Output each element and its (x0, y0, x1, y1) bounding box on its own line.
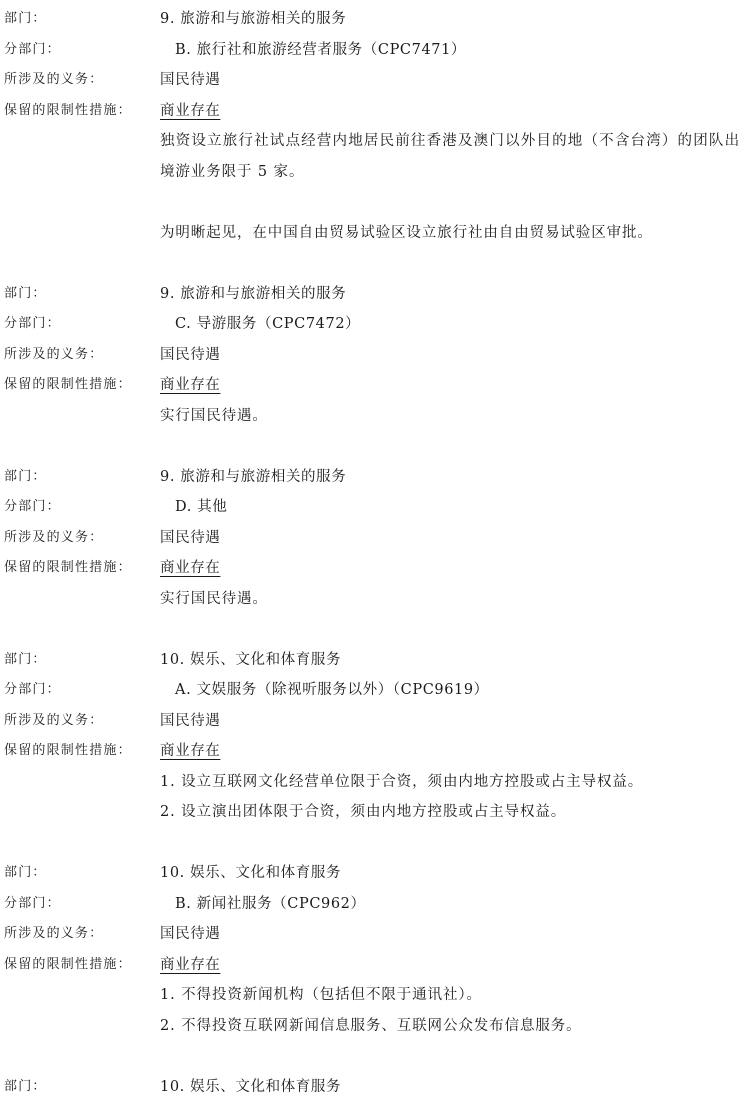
entry-news-agency: 部门： 10. 娱乐、文化和体育服务 分部门： B. 新闻社服务（CPC962）… (0, 858, 744, 1041)
subsector-value: C. 导游服务（CPC7472） (175, 309, 360, 340)
measure-paragraph: 1. 不得投资新闻机构（包括但不限于通讯社）。 (160, 980, 740, 1011)
entry-divider-space (0, 828, 744, 859)
entry-travel-agency: 部门： 9. 旅游和与旅游相关的服务 分部门： B. 旅行社和旅游经营者服务（C… (0, 0, 744, 248)
sector-value: 9. 旅游和与旅游相关的服务 (160, 279, 346, 310)
obligations-value: 国民待遇 (160, 919, 220, 950)
obligations-row: 所涉及的义务： 国民待遇 (0, 706, 744, 737)
mode-of-supply: 商业存在 (160, 950, 220, 981)
measure-paragraph: 为明晰起见，在中国自由贸易试验区设立旅行社由自由贸易试验区审批。 (160, 218, 740, 249)
obligations-label: 所涉及的义务： (4, 523, 103, 554)
measures-label: 保留的限制性措施： (4, 553, 132, 584)
sector-label: 部门： (4, 1072, 47, 1103)
mode-of-supply: 商业存在 (160, 553, 220, 584)
measure-paragraph: 实行国民待遇。 (160, 584, 740, 615)
obligations-label: 所涉及的义务： (4, 340, 103, 371)
obligations-value: 国民待遇 (160, 65, 220, 96)
measure-paragraph: 实行国民待遇。 (160, 401, 740, 432)
sector-row: 部门： 9. 旅游和与旅游相关的服务 (0, 279, 744, 310)
obligations-value: 国民待遇 (160, 340, 220, 371)
subsector-label: 分部门： (4, 492, 61, 523)
measures-label: 保留的限制性措施： (4, 370, 132, 401)
entry-entertainment: 部门： 10. 娱乐、文化和体育服务 分部门： A. 文娱服务（除视听服务以外）… (0, 645, 744, 828)
obligations-row: 所涉及的义务： 国民待遇 (0, 919, 744, 950)
subsector-value: D. 其他 (175, 492, 227, 523)
sector-row: 部门： 9. 旅游和与旅游相关的服务 (0, 4, 744, 35)
measures-label: 保留的限制性措施： (4, 736, 132, 767)
subsector-value: A. 文娱服务（除视听服务以外）（CPC9619） (175, 675, 489, 706)
document-page: 部门： 9. 旅游和与旅游相关的服务 分部门： B. 旅行社和旅游经营者服务（C… (0, 0, 744, 1102)
measure-paragraph: 独资设立旅行社试点经营内地居民前往香港及澳门以外目的地（不含台湾）的团队出境游业… (160, 126, 740, 187)
obligations-row: 所涉及的义务： 国民待遇 (0, 523, 744, 554)
subsector-value: B. 旅行社和旅游经营者服务（CPC7471） (175, 35, 466, 66)
obligations-label: 所涉及的义务： (4, 706, 103, 737)
sector-value: 9. 旅游和与旅游相关的服务 (160, 462, 346, 493)
sector-value: 9. 旅游和与旅游相关的服务 (160, 4, 346, 35)
subsector-row: 分部门： B. 旅行社和旅游经营者服务（CPC7471） (0, 35, 744, 66)
sector-row: 部门： 10. 娱乐、文化和体育服务 (0, 645, 744, 676)
subsector-row: 分部门： B. 新闻社服务（CPC962） (0, 889, 744, 920)
mode-of-supply: 商业存在 (160, 736, 220, 767)
measures-row: 保留的限制性措施： 商业存在 (0, 736, 744, 767)
obligations-row: 所涉及的义务： 国民待遇 (0, 65, 744, 96)
sector-label: 部门： (4, 4, 47, 35)
entry-divider-space (0, 614, 744, 645)
entry-partial: 部门： 10. 娱乐、文化和体育服务 (0, 1072, 744, 1103)
measures-label: 保留的限制性措施： (4, 96, 132, 127)
obligations-value: 国民待遇 (160, 523, 220, 554)
sector-value: 10. 娱乐、文化和体育服务 (160, 645, 341, 676)
obligations-label: 所涉及的义务： (4, 919, 103, 950)
measure-paragraph: 2. 设立演出团体限于合资，须由内地方控股或占主导权益。 (160, 797, 740, 828)
subsector-label: 分部门： (4, 309, 61, 340)
sector-label: 部门： (4, 279, 47, 310)
entry-divider-space (0, 248, 744, 279)
subsector-row: 分部门： C. 导游服务（CPC7472） (0, 309, 744, 340)
mode-of-supply: 商业存在 (160, 370, 220, 401)
obligations-row: 所涉及的义务： 国民待遇 (0, 340, 744, 371)
measures-row: 保留的限制性措施： 商业存在 (0, 950, 744, 981)
entry-divider-space (0, 431, 744, 462)
measure-paragraph: 2. 不得投资互联网新闻信息服务、互联网公众发布信息服务。 (160, 1011, 740, 1042)
sector-value: 10. 娱乐、文化和体育服务 (160, 1072, 341, 1103)
mode-of-supply: 商业存在 (160, 96, 220, 127)
subsector-row: 分部门： D. 其他 (0, 492, 744, 523)
entry-tourism-other: 部门： 9. 旅游和与旅游相关的服务 分部门： D. 其他 所涉及的义务： 国民… (0, 462, 744, 615)
measures-label: 保留的限制性措施： (4, 950, 132, 981)
sector-label: 部门： (4, 645, 47, 676)
sector-label: 部门： (4, 462, 47, 493)
subsector-label: 分部门： (4, 675, 61, 706)
sector-value: 10. 娱乐、文化和体育服务 (160, 858, 341, 889)
subsector-row: 分部门： A. 文娱服务（除视听服务以外）（CPC9619） (0, 675, 744, 706)
obligations-value: 国民待遇 (160, 706, 220, 737)
obligations-label: 所涉及的义务： (4, 65, 103, 96)
entry-divider-space (0, 1041, 744, 1072)
measure-paragraph: 1. 设立互联网文化经营单位限于合资，须由内地方控股或占主导权益。 (160, 767, 740, 798)
measures-row: 保留的限制性措施： 商业存在 (0, 370, 744, 401)
subsector-label: 分部门： (4, 35, 61, 66)
measures-row: 保留的限制性措施： 商业存在 (0, 96, 744, 127)
subsector-label: 分部门： (4, 889, 61, 920)
sector-row: 部门： 9. 旅游和与旅游相关的服务 (0, 462, 744, 493)
entry-tour-guide: 部门： 9. 旅游和与旅游相关的服务 分部门： C. 导游服务（CPC7472）… (0, 279, 744, 432)
sector-label: 部门： (4, 858, 47, 889)
subsector-value: B. 新闻社服务（CPC962） (175, 889, 366, 920)
measures-row: 保留的限制性措施： 商业存在 (0, 553, 744, 584)
sector-row: 部门： 10. 娱乐、文化和体育服务 (0, 858, 744, 889)
sector-row: 部门： 10. 娱乐、文化和体育服务 (0, 1072, 744, 1103)
